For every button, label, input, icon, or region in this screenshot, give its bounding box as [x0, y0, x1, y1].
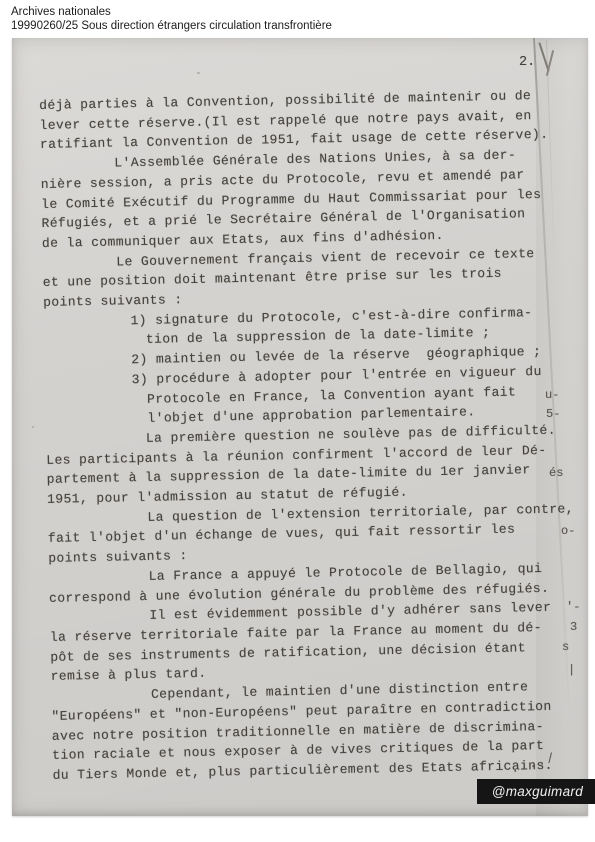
- page-number: 2.: [519, 55, 535, 70]
- paper-speckle: [32, 426, 34, 428]
- paper-speckle: [100, 178, 102, 180]
- crease-mark-icon: [541, 42, 555, 80]
- watermark-badge: @maxguimard: [477, 779, 595, 804]
- scanned-document-page: 2. déjà parties à la Convention, possibi…: [12, 38, 588, 816]
- typed-lines: déjà parties à la Convention, possibilit…: [39, 85, 583, 785]
- archive-name: Archives nationales: [11, 5, 332, 19]
- typed-text-block: déjà parties à la Convention, possibilit…: [39, 85, 583, 785]
- archive-reference: 19990260/25 Sous direction étrangers cir…: [11, 19, 332, 33]
- paper-speckle: [197, 72, 200, 74]
- archive-header: Archives nationales 19990260/25 Sous dir…: [11, 5, 332, 33]
- watermark-handle: @maxguimard: [492, 784, 583, 799]
- screenshot-root: { "header": { "archive_name": "Archives …: [0, 0, 595, 842]
